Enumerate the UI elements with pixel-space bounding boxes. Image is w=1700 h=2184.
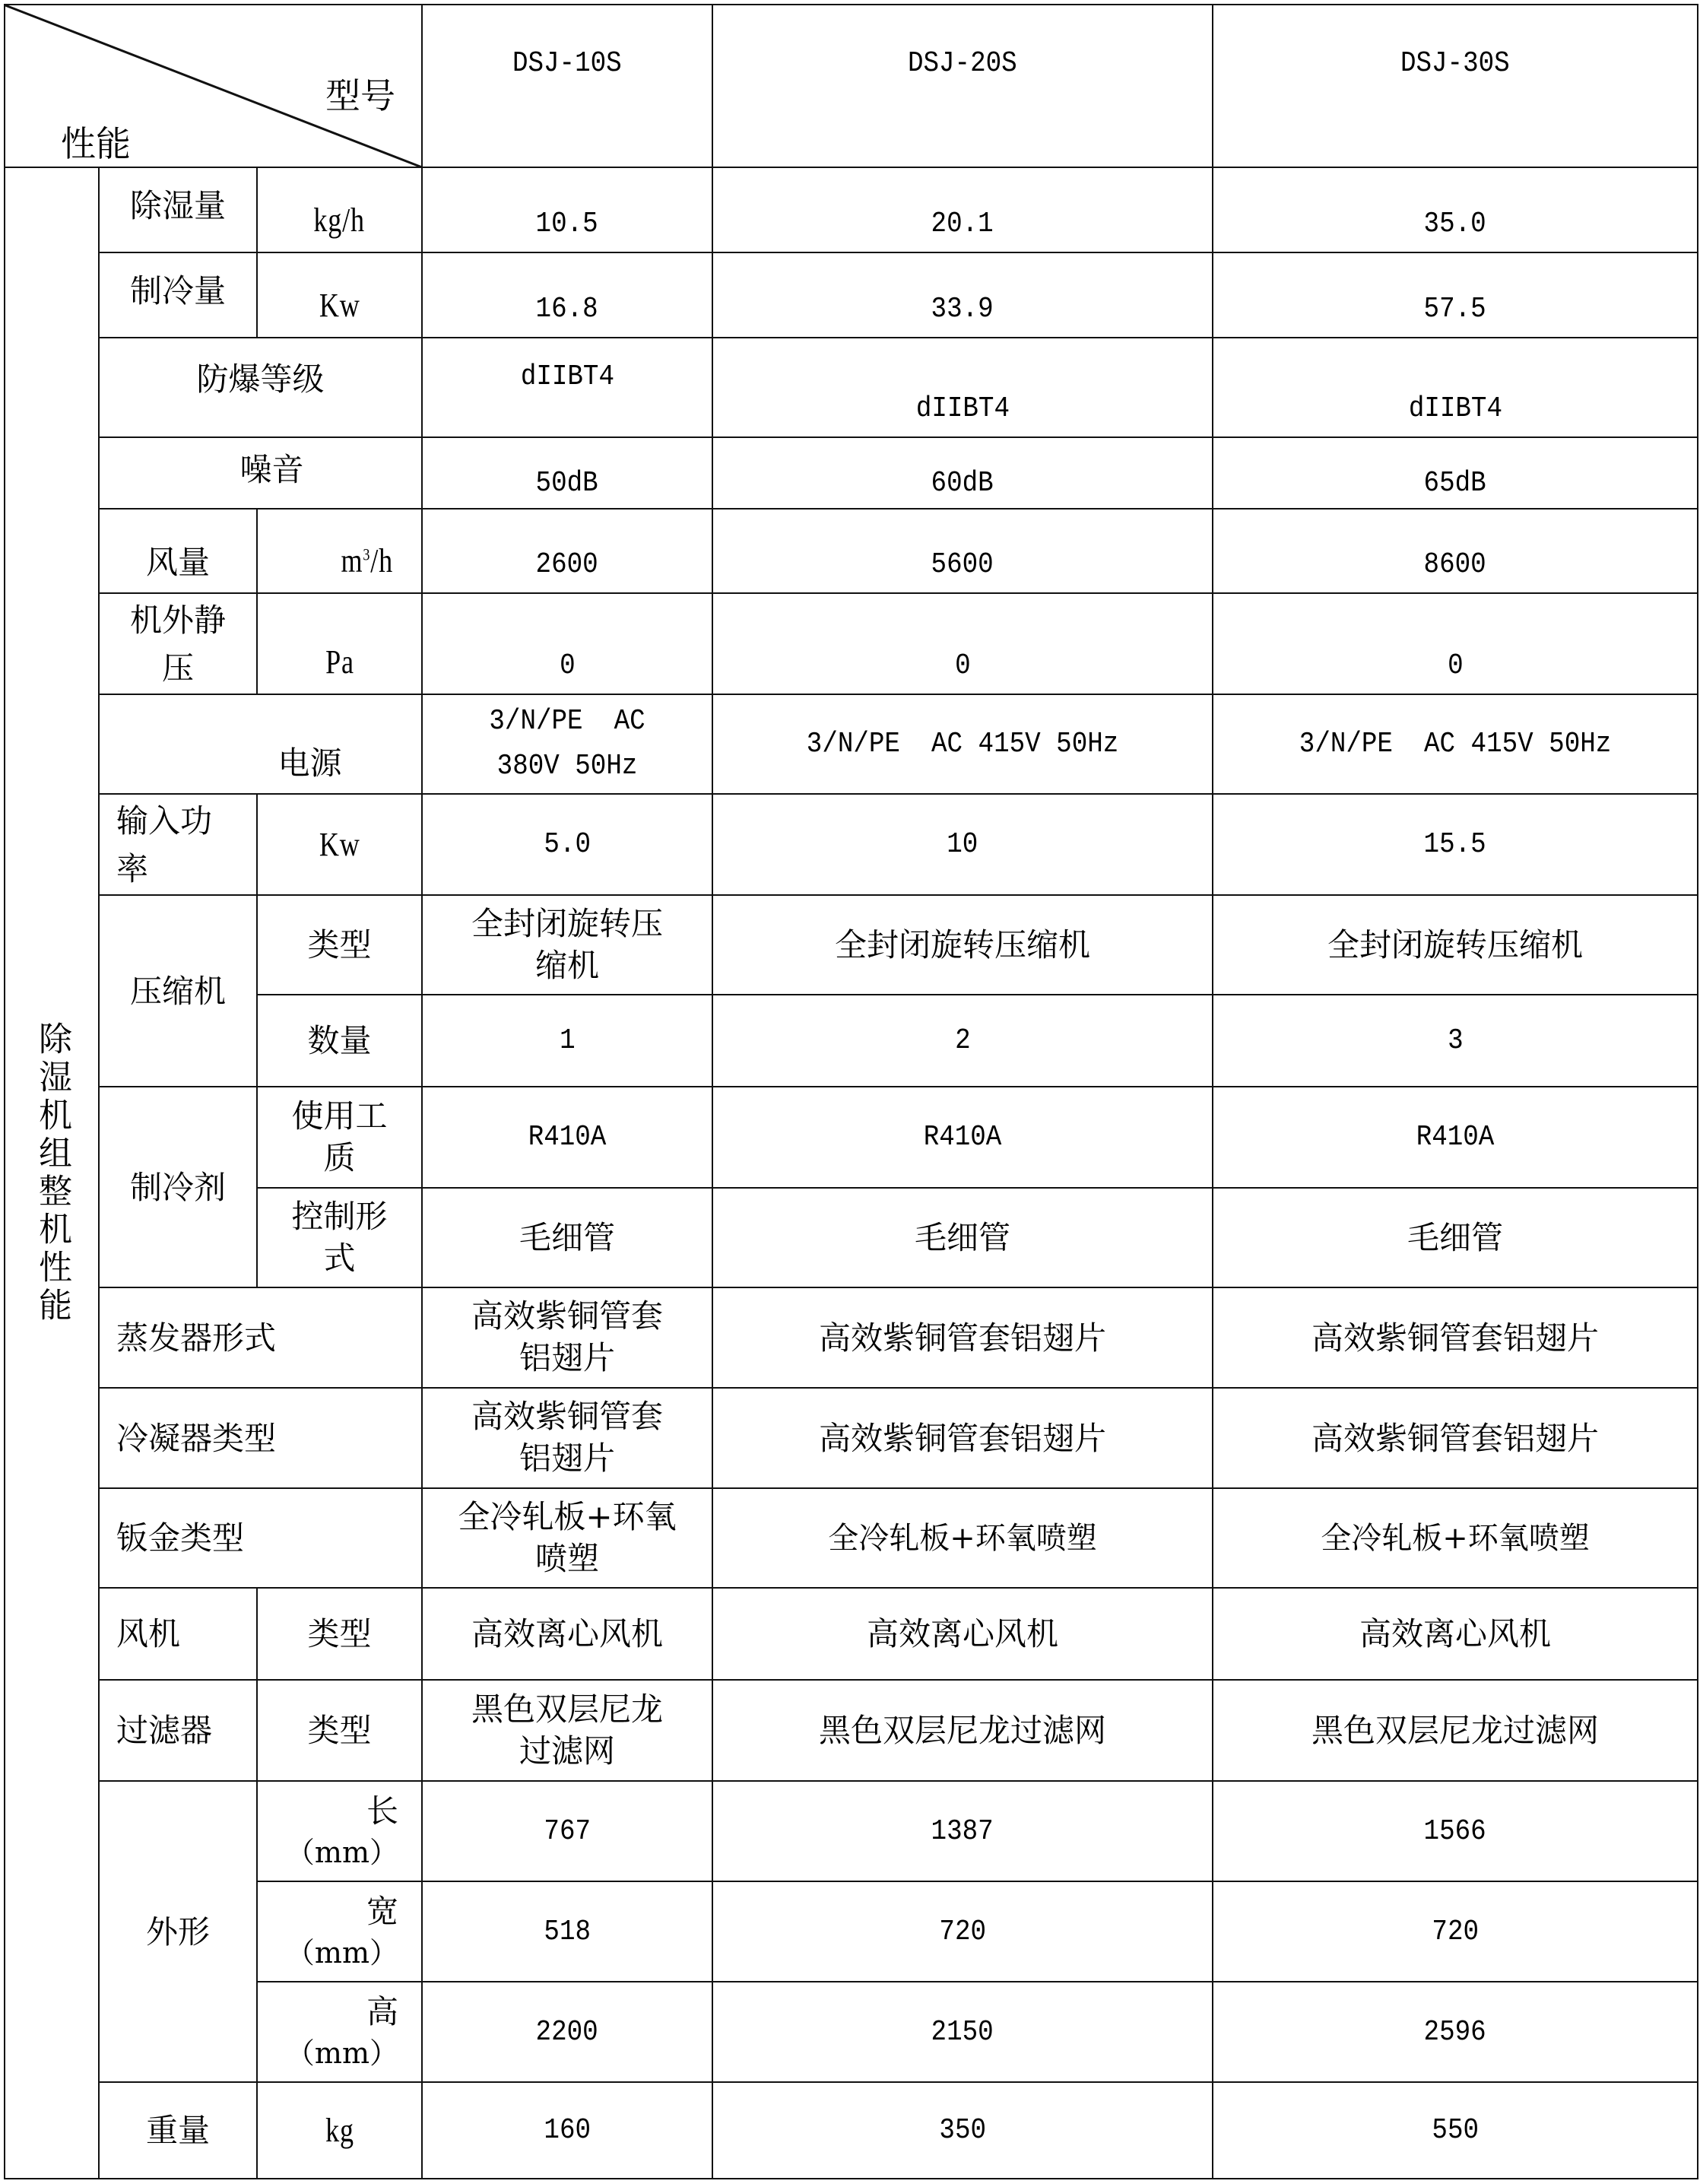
row-label-cooling: 制冷量 — [98, 252, 258, 338]
unit-weight: kg — [256, 2081, 423, 2179]
row-label-noise: 噪音 — [98, 436, 423, 509]
value-input-power-10s: 5.0 — [421, 793, 713, 896]
value-width-20s: 720 — [712, 1881, 1213, 1982]
sublabel-filter-type: 类型 — [256, 1679, 423, 1782]
value-compressor-quantity-10s: 1 — [421, 994, 713, 1087]
value-fan-20s: 高效离心风机 — [712, 1587, 1213, 1681]
row-label-input-power: 输入功率 — [98, 793, 258, 896]
value-condenser-30s: 高效紫铜管套铝翅片 — [1212, 1387, 1698, 1489]
value-cooling-30s: 57.5 — [1212, 252, 1698, 338]
value-fan-10s: 高效离心风机 — [421, 1587, 713, 1681]
value-power-supply-10s: 3/N/PE AC380V 50Hz — [421, 694, 713, 795]
value-refrigerant-control-30s: 毛细管 — [1212, 1187, 1698, 1288]
value-cooling-20s: 33.9 — [712, 252, 1213, 338]
value-weight-10s: 160 — [421, 2081, 713, 2179]
spec-table: 型号 性能 DSJ-10S DSJ-20S DSJ-30S 除湿机组整机性能 除… — [0, 0, 1700, 2184]
value-noise-30s: 65dB — [1212, 436, 1698, 509]
value-power-supply-30s: 3/N/PE AC 415V 50Hz — [1212, 694, 1698, 795]
row-label-condenser: 冷凝器类型 — [98, 1387, 423, 1489]
value-height-20s: 2150 — [712, 1981, 1213, 2083]
value-dehumidification-20s: 20.1 — [712, 167, 1213, 253]
row-label-dehumidification: 除湿量 — [98, 167, 258, 253]
value-airflow-20s: 5600 — [712, 508, 1213, 594]
value-evaporator-20s: 高效紫铜管套铝翅片 — [712, 1287, 1213, 1389]
value-filter-10s: 黑色双层尼龙过滤网 — [421, 1679, 713, 1782]
value-dehumidification-30s: 35.0 — [1212, 167, 1698, 253]
header-model-10s: DSJ-10S — [421, 4, 713, 168]
row-label-weight: 重量 — [98, 2081, 258, 2179]
row-label-airflow: 风量 — [98, 508, 258, 594]
value-compressor-type-30s: 全封闭旋转压缩机 — [1212, 894, 1698, 995]
value-airflow-10s: 2600 — [421, 508, 713, 594]
row-label-refrigerant: 制冷剂 — [98, 1086, 258, 1288]
value-refrigerant-control-20s: 毛细管 — [712, 1187, 1213, 1288]
sublabel-compressor-quantity: 数量 — [256, 994, 423, 1087]
value-height-10s: 2200 — [421, 1981, 713, 2083]
value-height-30s: 2596 — [1212, 1981, 1698, 2083]
row-label-explosion-proof: 防爆等级 — [98, 337, 423, 438]
sublabel-refrigerant-medium: 使用工质 — [256, 1086, 423, 1189]
value-condenser-20s: 高效紫铜管套铝翅片 — [712, 1387, 1213, 1489]
sublabel-height: 高（mm） — [256, 1981, 423, 2083]
value-input-power-20s: 10 — [712, 793, 1213, 896]
value-power-supply-20s: 3/N/PE AC 415V 50Hz — [712, 694, 1213, 795]
value-noise-20s: 60dB — [712, 436, 1213, 509]
value-sheet-metal-20s: 全冷轧板+环氧喷塑 — [712, 1487, 1213, 1589]
value-width-10s: 518 — [421, 1881, 713, 1982]
sublabel-fan-type: 类型 — [256, 1587, 423, 1681]
value-fan-30s: 高效离心风机 — [1212, 1587, 1698, 1681]
value-refrigerant-medium-30s: R410A — [1212, 1086, 1698, 1189]
row-label-static-pressure: 机外静压 — [98, 592, 258, 695]
value-static-pressure-30s: 0 — [1212, 592, 1698, 695]
value-weight-20s: 350 — [712, 2081, 1213, 2179]
value-airflow-30s: 8600 — [1212, 508, 1698, 594]
value-explosion-proof-10s: dIIBT4 — [421, 337, 713, 438]
row-label-fan: 风机 — [98, 1587, 258, 1681]
row-label-filter: 过滤器 — [98, 1679, 258, 1782]
unit-cooling: Kw — [256, 252, 423, 338]
value-condenser-10s: 高效紫铜管套铝翅片 — [421, 1387, 713, 1489]
value-compressor-quantity-30s: 3 — [1212, 994, 1698, 1087]
value-length-10s: 767 — [421, 1780, 713, 1882]
unit-static-pressure: Pa — [256, 592, 423, 695]
value-static-pressure-10s: 0 — [421, 592, 713, 695]
value-evaporator-30s: 高效紫铜管套铝翅片 — [1212, 1287, 1698, 1389]
value-input-power-30s: 15.5 — [1212, 793, 1698, 896]
value-sheet-metal-10s: 全冷轧板+环氧喷塑 — [421, 1487, 713, 1589]
header-model-label: 型号 — [325, 68, 395, 119]
group-label: 除湿机组整机性能 — [27, 1021, 77, 1325]
value-explosion-proof-30s: dIIBT4 — [1212, 337, 1698, 438]
value-length-30s: 1566 — [1212, 1780, 1698, 1882]
value-compressor-type-10s: 全封闭旋转压缩机 — [421, 894, 713, 995]
row-label-sheet-metal: 钣金类型 — [98, 1487, 423, 1589]
row-label-compressor: 压缩机 — [98, 894, 258, 1087]
value-evaporator-10s: 高效紫铜管套铝翅片 — [421, 1287, 713, 1389]
row-label-dimensions: 外形 — [98, 1780, 258, 2083]
value-dehumidification-10s: 10.5 — [421, 167, 713, 253]
group-label-cell: 除湿机组整机性能 — [4, 167, 100, 2179]
unit-input-power: Kw — [256, 793, 423, 896]
value-compressor-quantity-20s: 2 — [712, 994, 1213, 1087]
row-label-power-supply: 电源 — [98, 694, 423, 795]
value-refrigerant-medium-20s: R410A — [712, 1086, 1213, 1189]
value-sheet-metal-30s: 全冷轧板+环氧喷塑 — [1212, 1487, 1698, 1589]
header-performance-label: 性能 — [61, 116, 131, 167]
value-cooling-10s: 16.8 — [421, 252, 713, 338]
header-model-20s: DSJ-20S — [712, 4, 1213, 168]
value-compressor-type-20s: 全封闭旋转压缩机 — [712, 894, 1213, 995]
value-explosion-proof-20s: dIIBT4 — [712, 337, 1213, 438]
unit-airflow: m3/h — [256, 508, 423, 594]
value-width-30s: 720 — [1212, 1881, 1698, 1982]
value-filter-30s: 黑色双层尼龙过滤网 — [1212, 1679, 1698, 1782]
sublabel-width: 宽（mm） — [256, 1881, 423, 1982]
sublabel-refrigerant-control: 控制形式 — [256, 1187, 423, 1288]
value-refrigerant-medium-10s: R410A — [421, 1086, 713, 1189]
value-noise-10s: 50dB — [421, 436, 713, 509]
value-filter-20s: 黑色双层尼龙过滤网 — [712, 1679, 1213, 1782]
sublabel-compressor-type: 类型 — [256, 894, 423, 995]
value-length-20s: 1387 — [712, 1780, 1213, 1882]
value-weight-30s: 550 — [1212, 2081, 1698, 2179]
sublabel-length: 长（mm） — [256, 1780, 423, 1882]
header-model-30s: DSJ-30S — [1212, 4, 1698, 168]
row-label-evaporator: 蒸发器形式 — [98, 1287, 423, 1389]
value-static-pressure-20s: 0 — [712, 592, 1213, 695]
value-refrigerant-control-10s: 毛细管 — [421, 1187, 713, 1288]
unit-dehumidification: kg/h — [256, 167, 423, 253]
